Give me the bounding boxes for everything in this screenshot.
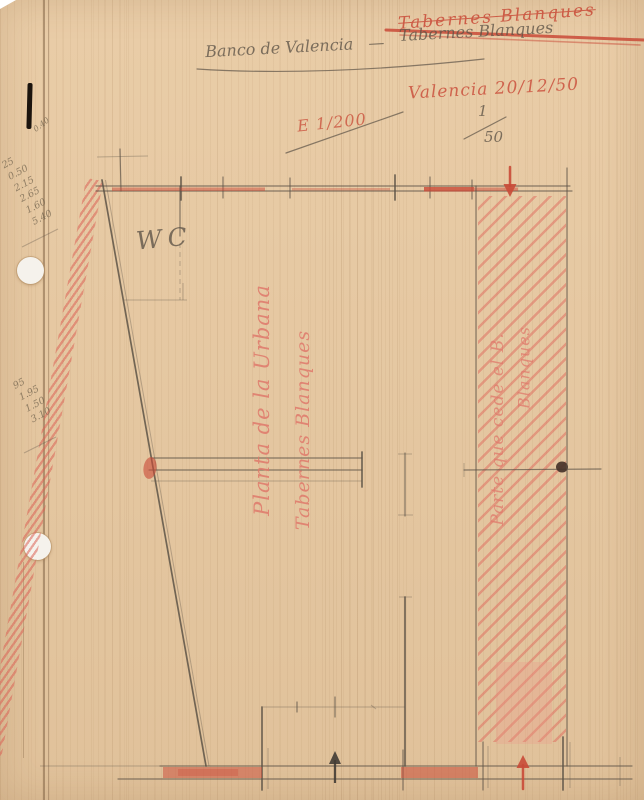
scale-fraction: 1 50 <box>466 102 510 154</box>
center-label-line2: Tabernes Blanques <box>292 270 314 590</box>
ceded-area-label-line2: Blanques <box>515 288 534 448</box>
ceded-area-label-line1: Parte que cede el B. <box>488 279 508 579</box>
center-label-line1: Planta de la Urbana <box>250 230 274 570</box>
title-separator: — <box>358 32 395 53</box>
dark-dot <box>556 462 568 473</box>
red-up-arrow-icon <box>517 755 530 789</box>
door-jamb-wall <box>398 453 413 766</box>
red-down-arrow-icon <box>504 167 517 197</box>
scale-denominator: 50 <box>484 128 503 146</box>
red-marker-blob <box>142 456 158 480</box>
left-slanted-wall <box>102 180 209 766</box>
wc-label: WC <box>135 222 194 256</box>
scale-numerator: 1 <box>478 102 488 120</box>
middle-partition-wall <box>142 452 601 487</box>
pencil-up-arrow-icon <box>329 751 341 783</box>
top-wall <box>96 149 572 200</box>
scanned-plan-page: Tabernes Blanques Banco de Valencia — Ta… <box>0 0 644 800</box>
